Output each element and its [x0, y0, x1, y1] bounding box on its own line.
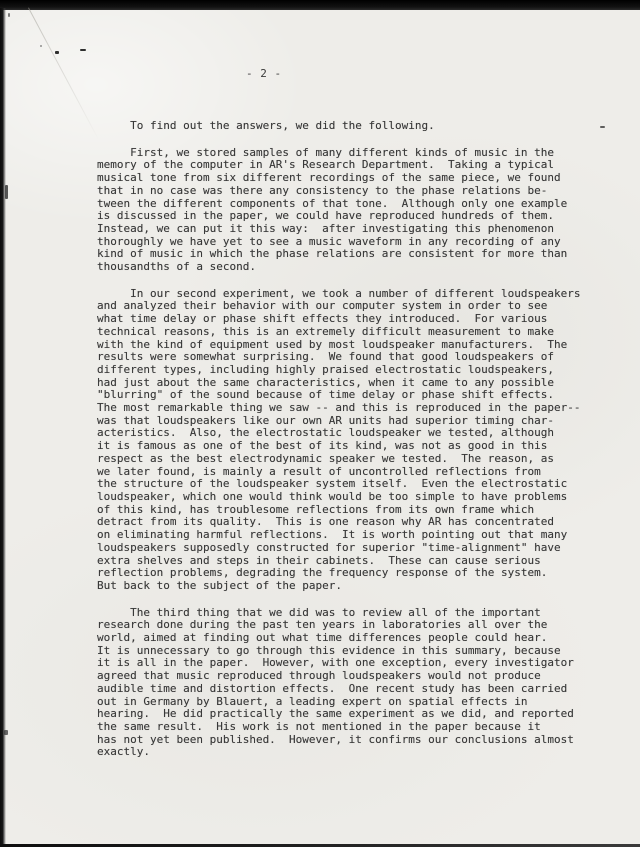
scan-speck: [55, 51, 59, 54]
paragraph-intro: To find out the answers, we did the foll…: [97, 120, 597, 133]
scanned-page: - 2 - To find out the answers, we did th…: [0, 0, 640, 847]
scan-speck: [80, 49, 86, 51]
scan-speck: [40, 45, 42, 47]
scan-edge-left: [0, 8, 6, 847]
scan-speck: [8, 13, 10, 17]
scan-speck: [5, 185, 8, 199]
paper-crease: [28, 8, 99, 141]
paragraph-first-experiment: First, we stored samples of many differe…: [97, 147, 597, 274]
paragraph-third-research-review: The third thing that we did was to revie…: [97, 607, 597, 759]
scan-edge-top: [0, 0, 640, 10]
page-number: - 2 -: [246, 67, 282, 80]
document-body: To find out the answers, we did the foll…: [97, 120, 597, 773]
paragraph-second-experiment: In our second experiment, we took a numb…: [97, 288, 597, 593]
scan-speck: [600, 126, 605, 128]
scan-speck: [4, 730, 8, 735]
